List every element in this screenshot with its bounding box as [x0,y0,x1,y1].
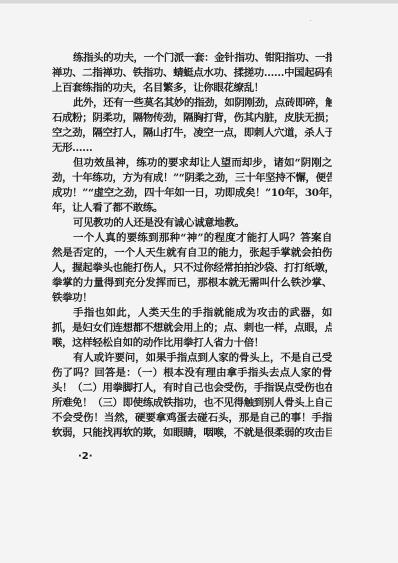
text-line: 一个人真的要练到那种“神”的程度才能打人吗？答案自 [52,231,332,246]
text-line: 有人或许要问，如果手指点到人家的骨头上，不是自己受 [52,351,332,366]
text-line: 然是否定的，一个人天生就有自卫的能力，张起手掌就会拍伤 [52,246,332,261]
text-line: 此外，还有一些莫名其妙的指劲，如阴刚劲，点砖即碎，触 [52,96,332,111]
text-line: 禅功、二指禅功、铁指功、蜻蜓点水功、揉搓功……中国起码有 [52,66,332,81]
text-line: 无形…… [52,141,332,156]
text-line: 所难免！（三）即使练成铁指功，也不见得触到别人骨头上自己 [52,396,332,411]
text-line: 空之劲，隔空打人，隔山打牛，凌空一点，即刺人穴道，杀人于 [52,126,332,141]
text-line: 年，让人看了都不敢练。 [52,201,332,216]
text-line: 劲，十年练功，方为有成！”“阴柔之劲，三十年坚持不懈，便告 [52,171,332,186]
text-line: 伤了吗？回答是：（一）根本没有理由拿手指头去点人家的骨 [52,366,332,381]
text-line: 喉，这样轻松自如的动作比用拳打人省力十倍！ [52,336,332,351]
page-top-border [0,0,398,4]
text-line: 成功！”“虚空之劲，四十年如一日，功即成矣！”10年，30年，40 [52,186,332,201]
text-line: 头！（二）用拳脚打人，有时自己也会受伤，手指误点受伤也在 [52,381,332,396]
scan-speck [310,20,311,21]
text-line: 上百套练指的功夫，名目繁多，让你眼花缭乱！ [52,81,332,96]
book-page-text: 练指头的功夫，一个门派一套：金针指功、钳阳指功、一指禅功、二指禅功、铁指功、蜻蜓… [52,51,332,441]
text-line: 可见教功的人还是没有诚心诚意地教。 [52,216,332,231]
text-line: 人，握起拳头也能打伤人，只不过你经常拍拍沙袋、打打纸墩， [52,261,332,276]
text-line: 铁拳功！ [52,291,332,306]
text-line: 不会受伤！当然，硬要拿鸡蛋去碰石头，那是自己的事！手指 [52,411,332,426]
text-line: 拳掌的力量得到充分发挥而已，那根本就无需叫什么铁沙掌、 [52,276,332,291]
text-line: 练指头的功夫，一个门派一套：金针指功、钳阳指功、一指 [52,51,332,66]
text-line: 软弱，只能找再软的欺，如眼睛，咽喉，不就是很柔弱的攻击目 [52,426,332,441]
text-line: 手指也如此，人类天生的手指就能成为攻击的武器，如 [52,306,332,321]
text-line: 但功效虽神，练功的要求却让人望而却步，诸如“阴刚之 [52,156,332,171]
page-number: ·2· [78,451,93,462]
text-line: 抓，是妇女们连想都不想就会用上的；点、刺也一样，点眼，点 [52,321,332,336]
text-line: 石成粉；阴柔功，隔物传劲，隔胸打背，伤其内脏，皮肤无损；虚 [52,111,332,126]
